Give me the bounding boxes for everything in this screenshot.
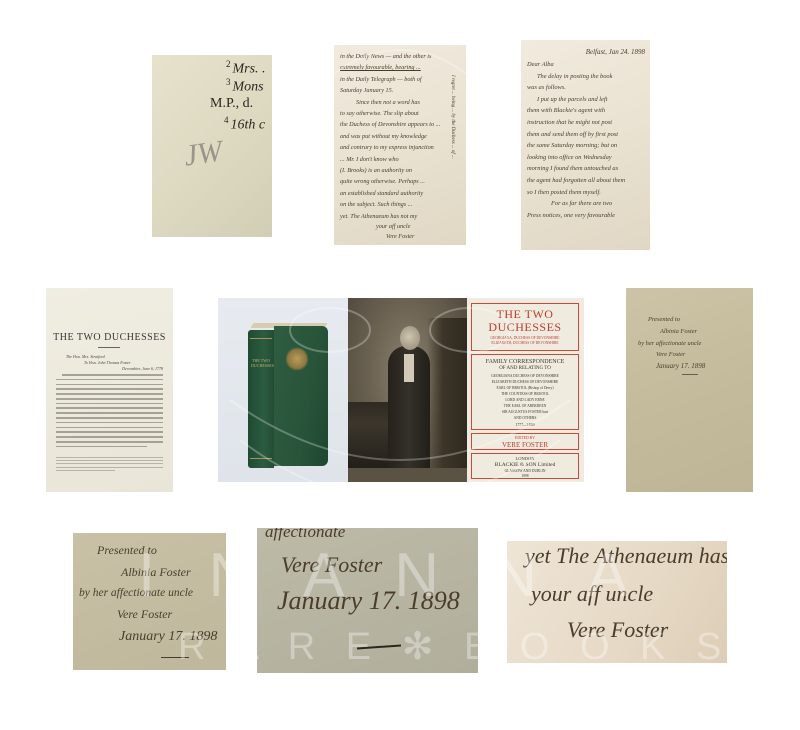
letter-line: ... Mr. I don't know who	[340, 154, 452, 165]
contents-box: FAMILY CORRESPONDENCE OF AND RELATING TO…	[471, 354, 579, 430]
letter-line: so I then posted them myself.	[527, 187, 645, 199]
inscription-line: by her affectionate uncle	[79, 587, 193, 599]
closeup-signature: Vere Foster	[281, 552, 382, 578]
edited-by-label: EDITED BY	[472, 436, 578, 440]
closeup-line: yet The Athenaeum has n...	[525, 543, 727, 569]
letter-line: Saturday January 15.	[340, 85, 452, 96]
letter-line: an established standard authority	[340, 188, 452, 199]
section-heading: OF AND RELATING TO	[472, 366, 578, 371]
letter-margin-note: I regret ... being ... by the Duchess ..…	[450, 75, 455, 159]
contents-line: GEORGIANA DUCHESS OF DEVONSHIRE	[472, 374, 578, 378]
inscription-line: Presented to	[97, 543, 157, 558]
letter-line: the same Saturday morning; but on	[527, 140, 645, 152]
inscription-date: January 17. 1898	[119, 629, 217, 645]
letter-page-2-image: Belfast, Jan 24. 1898 Dear Alba The dela…	[521, 40, 650, 250]
salutation-line: To Hon. John Thomas Foster	[84, 360, 131, 365]
inscription-line: Vere Foster	[117, 607, 172, 622]
printed-first-page-image: THE TWO DUCHESSES The Hon. Mrs. Stratfor…	[46, 288, 173, 492]
closeup-signature: Vere Foster	[567, 617, 668, 643]
letter-body: Belfast, Jan 24. 1898 Dear Alba The dela…	[527, 46, 645, 221]
inscription-line: by her affectionate uncle	[638, 340, 701, 347]
inscription-line: Vere Foster	[656, 351, 685, 358]
letter-line: in the Daily Telegraph — both of	[340, 74, 452, 85]
contents-line: THE COUNTESS OF BRISTOL	[472, 392, 578, 396]
inscription-flourish	[161, 657, 189, 658]
letter-body: in the Daily News — and the other is ext…	[340, 51, 452, 242]
letter-line: in the Daily News — and the other is	[340, 51, 452, 62]
inscription-line: Albinia Foster	[121, 565, 191, 580]
letter-signature: Vere Foster	[340, 232, 452, 242]
footnote-line: M.P., d.	[210, 96, 253, 112]
letter-dateline: Belfast, Jan 24. 1898	[527, 46, 645, 59]
letter-closing-closeup-image: yet The Athenaeum has n... your aff uncl…	[507, 541, 727, 663]
letter-line: morning I found them untouched as	[527, 163, 645, 175]
green-cloth-book: THE TWO DUCHESSES	[248, 326, 328, 468]
inscription-flourish	[682, 374, 698, 375]
flyleaf-inscription-image: Presented to Albinia Foster by her affec…	[626, 288, 753, 492]
book-spine: THE TWO DUCHESSES	[248, 330, 274, 468]
letter-line: For as far there are two	[527, 198, 645, 210]
book-composite-image: THE TWO DUCHESSES THE TWO DUCHESSES GEOR…	[218, 298, 584, 482]
closeup-line: your aff uncle	[531, 581, 653, 607]
inscription-date: January 17. 1898	[656, 362, 705, 370]
page-body-text	[56, 374, 163, 473]
imprint-box: LONDON BLACKIE & SON Limited GLASGOW AND…	[471, 453, 579, 479]
inscription-line: Albinia Foster	[660, 328, 697, 335]
footnote-line: 3Mons	[226, 77, 264, 96]
contents-line: SIR AUGUSTUS FOSTER bart	[472, 410, 578, 414]
book-photo: THE TWO DUCHESSES	[218, 298, 348, 482]
closeup-flourish	[357, 644, 401, 649]
frontispiece-portrait	[348, 298, 467, 482]
letter-line: to say otherwise. The slip about	[340, 108, 452, 119]
letter-line: the Duchess of Devonshire appears to ...	[340, 119, 452, 130]
contents-line: ELIZABETH DUCHESS OF DEVONSHIRE	[472, 380, 578, 384]
letter-line: yet. The Athenaeum has not my	[340, 211, 452, 222]
editor-box: EDITED BY VERE FOSTER	[471, 433, 579, 450]
publisher-cities: GLASGOW AND DUBLIN	[472, 469, 578, 473]
letter-line: quite wrong otherwise. Perhaps ...	[340, 176, 452, 187]
page-heading: THE TWO DUCHESSES	[46, 332, 173, 343]
letter-line: The delay in posting the book	[527, 71, 645, 83]
footnote-fragment-image: 2Mrs. . 3Mons M.P., d. 416th c JW	[152, 55, 272, 237]
letter-line: was as follows.	[527, 82, 645, 94]
contents-line: AND OTHERS	[472, 416, 578, 420]
contents-line: THE EARL OF ABERDEEN	[472, 404, 578, 408]
letter-line: them with Blackie's agent with	[527, 105, 645, 117]
letter-line: looking into office on Wednesday	[527, 152, 645, 164]
subtitle-line: GEORGIANA, DUCHESS OF DEVONSHIRE	[472, 336, 578, 340]
title-line: DUCHESSES	[472, 320, 578, 335]
letter-line: I put up the parcels and left	[527, 94, 645, 106]
footnote-line: 2Mrs. .	[226, 59, 266, 78]
contents-line: LORD AND LADY ERNE	[472, 398, 578, 402]
letter-line: and contrary to my express injunction	[340, 142, 452, 153]
letter-line: extremely favourable, bearing ...	[340, 62, 452, 73]
letter-line: (I. Brooks) is an authority on	[340, 165, 452, 176]
book-front-cover	[274, 326, 328, 466]
contents-line: EARL OF BRISTOL (Bishop of Derry)	[472, 386, 578, 390]
pencil-initials: JW	[182, 134, 225, 173]
letter-salutation: Dear Alba	[527, 59, 645, 71]
letter-line: them and send them off by first post	[527, 129, 645, 141]
letter-line: Since then not a word has	[340, 97, 452, 108]
inscription-detail-image: Presented to Albinia Foster by her affec…	[73, 533, 226, 670]
gilt-crest-icon	[286, 346, 308, 372]
letter-line: on the subject. Such things ...	[340, 199, 452, 210]
publisher: BLACKIE & SON Limited	[472, 462, 578, 468]
publication-year: 1898	[472, 474, 578, 478]
letter-line: your aff uncle	[340, 222, 452, 232]
salutation-line: The Hon. Mrs. Stratford	[66, 354, 105, 359]
signature-closeup-image: affectionate Vere Foster January 17. 189…	[257, 528, 478, 673]
imprint-city: LONDON	[472, 456, 578, 461]
closeup-date: January 17. 1898	[277, 586, 460, 616]
letter-line: and was put without my knowledge	[340, 131, 452, 142]
inscription-line: Presented to	[648, 316, 680, 323]
footnote-line: 416th c	[224, 115, 265, 134]
heading-rule	[98, 347, 120, 348]
years: 1777—1859	[472, 423, 578, 427]
spine-title: THE TWO DUCHESSES	[251, 358, 271, 368]
editor-name: VERE FOSTER	[472, 441, 578, 449]
letter-line: Press notices, one very favourable	[527, 210, 645, 222]
letter-line: instruction that he might not post	[527, 117, 645, 129]
dateline: Devonshire, June 6, 1778	[122, 366, 163, 371]
title-page: THE TWO DUCHESSES GEORGIANA, DUCHESS OF …	[467, 298, 584, 482]
subtitle-line: ELIZABETH, DUCHESS OF DEVONSHIRE	[472, 341, 578, 345]
section-heading: FAMILY CORRESPONDENCE	[472, 359, 578, 365]
closeup-line: affectionate	[265, 528, 345, 542]
letter-page-1-image: in the Daily News — and the other is ext…	[334, 45, 466, 245]
title-box: THE TWO DUCHESSES GEORGIANA, DUCHESS OF …	[471, 303, 579, 351]
letter-line: the agent had forgotten all about them	[527, 175, 645, 187]
